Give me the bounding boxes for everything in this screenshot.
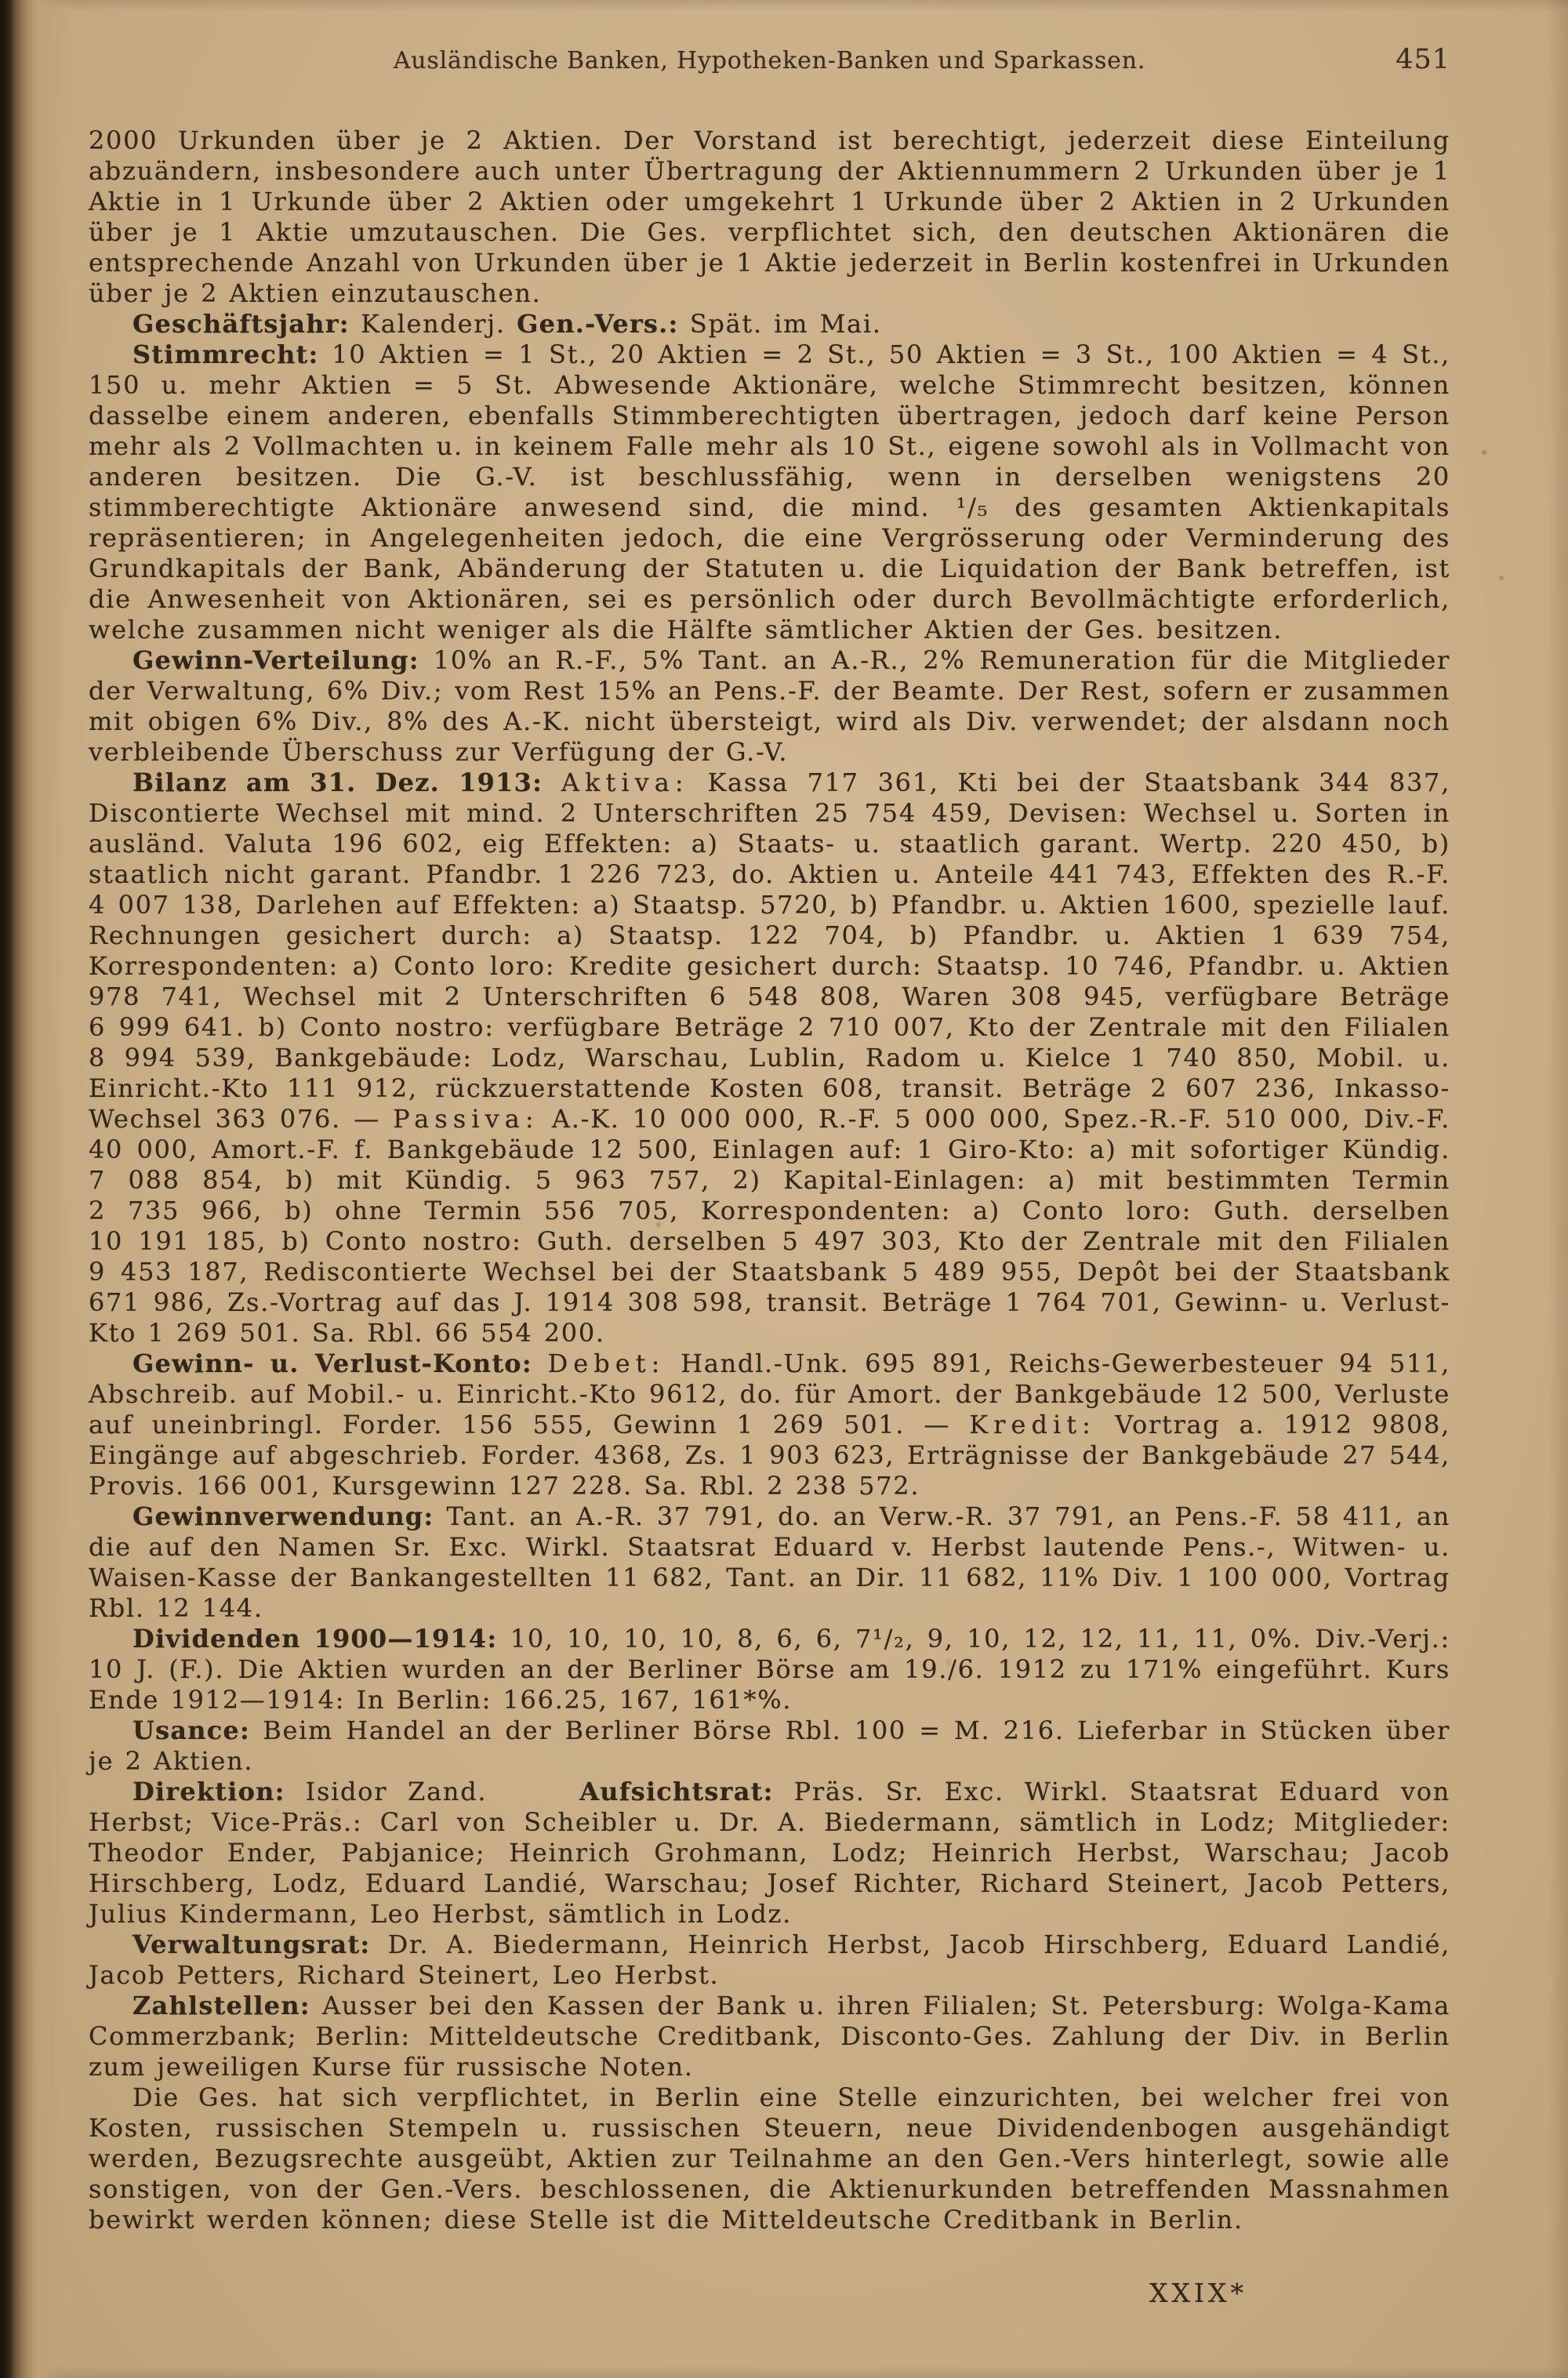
paragraph-lead: Verwaltungsrat:: [132, 1930, 370, 1959]
paragraph-text: Debet:: [548, 1349, 666, 1378]
paragraph-lead: Direktion:: [132, 1777, 285, 1806]
paragraph: Die Ges. hat sich verpflichtet, in Berli…: [89, 2082, 1450, 2235]
paragraph-lead: Dividenden 1900—1914:: [132, 1624, 497, 1654]
paragraph: Zahlstellen: Ausser bei den Kassen der B…: [89, 1991, 1450, 2082]
paragraph-text: 2000 Urkunden über je 2 Aktien. Der Vors…: [89, 125, 1450, 308]
paragraph: Dividenden 1900—1914: 10, 10, 10, 10, 8,…: [89, 1624, 1450, 1715]
paragraph-text: Kassa 717 361, Kti bei der Staatsbank 34…: [89, 768, 1450, 1134]
paragraph-text: A.-K. 10 000 000, R.-F. 5 000 000, Spez.…: [89, 1104, 1450, 1348]
paragraph-text: Kalenderj.: [350, 309, 517, 339]
paragraph: Usance: Beim Handel an der Berliner Börs…: [89, 1715, 1450, 1777]
paragraph-text: Kredit:: [969, 1410, 1096, 1440]
paragraph-text: Aktiva:: [561, 768, 689, 797]
paragraph-lead: Usance:: [132, 1715, 250, 1745]
paragraph-lead: Zahlstellen:: [132, 1991, 310, 2020]
book-page: Ausländische Banken, Hypotheken-Banken u…: [0, 0, 1568, 2378]
paragraph-text: 10 Aktien = 1 St., 20 Aktien = 2 St., 50…: [89, 339, 1450, 644]
page-header: Ausländische Banken, Hypotheken-Banken u…: [89, 47, 1450, 86]
paragraph-text: [543, 768, 561, 797]
paragraph-text: Die Ges. hat sich verpflichtet, in Berli…: [89, 2082, 1450, 2235]
binding-edge: [0, 0, 71, 2378]
paragraph: Stimmrecht: 10 Aktien = 1 St., 20 Aktien…: [89, 339, 1450, 645]
paragraph-lead: Gewinnverwendung:: [132, 1501, 434, 1531]
paragraph-lead: Gewinn- u. Verlust-Konto:: [132, 1349, 532, 1378]
paragraph-lead: Gen.-Vers.:: [517, 309, 678, 339]
paragraph: Gewinn- u. Verlust-Konto: Debet: Handl.-…: [89, 1349, 1450, 1501]
page-body: 2000 Urkunden über je 2 Aktien. Der Vors…: [89, 125, 1450, 2235]
paragraph-text: Passiva:: [393, 1104, 539, 1134]
paragraph: Verwaltungsrat: Dr. A. Biedermann, Heinr…: [89, 1930, 1450, 1991]
paragraph: Gewinnverwendung: Tant. an A.-R. 37 791,…: [89, 1501, 1450, 1624]
paragraph-lead: Aufsichtsrat:: [579, 1777, 773, 1806]
running-title: Ausländische Banken, Hypotheken-Banken u…: [89, 47, 1450, 74]
paragraph-lead: Bilanz am 31. Dez. 1913:: [132, 768, 543, 797]
paragraph: Geschäftsjahr: Kalenderj. Gen.-Vers.: Sp…: [89, 309, 1450, 339]
paragraph-lead: Gewinn-Verteilung:: [132, 645, 419, 675]
paragraph: Gewinn-Verteilung: 10% an R.-F., 5% Tant…: [89, 645, 1450, 768]
paragraph: Bilanz am 31. Dez. 1913: Aktiva: Kassa 7…: [89, 768, 1450, 1349]
paragraph-lead: Geschäftsjahr:: [132, 309, 350, 339]
page-number: 451: [1396, 44, 1450, 75]
paragraph-text: Spät. im Mai.: [678, 309, 881, 339]
signature-mark: XXIX*: [1149, 2278, 1247, 2308]
paragraph: Direktion: Isidor Zand.Aufsichtsrat: Prä…: [89, 1777, 1450, 1930]
paragraph: 2000 Urkunden über je 2 Aktien. Der Vors…: [89, 125, 1450, 309]
paragraph-text: [532, 1349, 548, 1378]
paragraph-text: Isidor Zand.: [285, 1777, 488, 1806]
paragraph-lead: Stimmrecht:: [132, 339, 319, 369]
paragraph-text: Beim Handel an der Berliner Börse Rbl. 1…: [89, 1715, 1450, 1776]
